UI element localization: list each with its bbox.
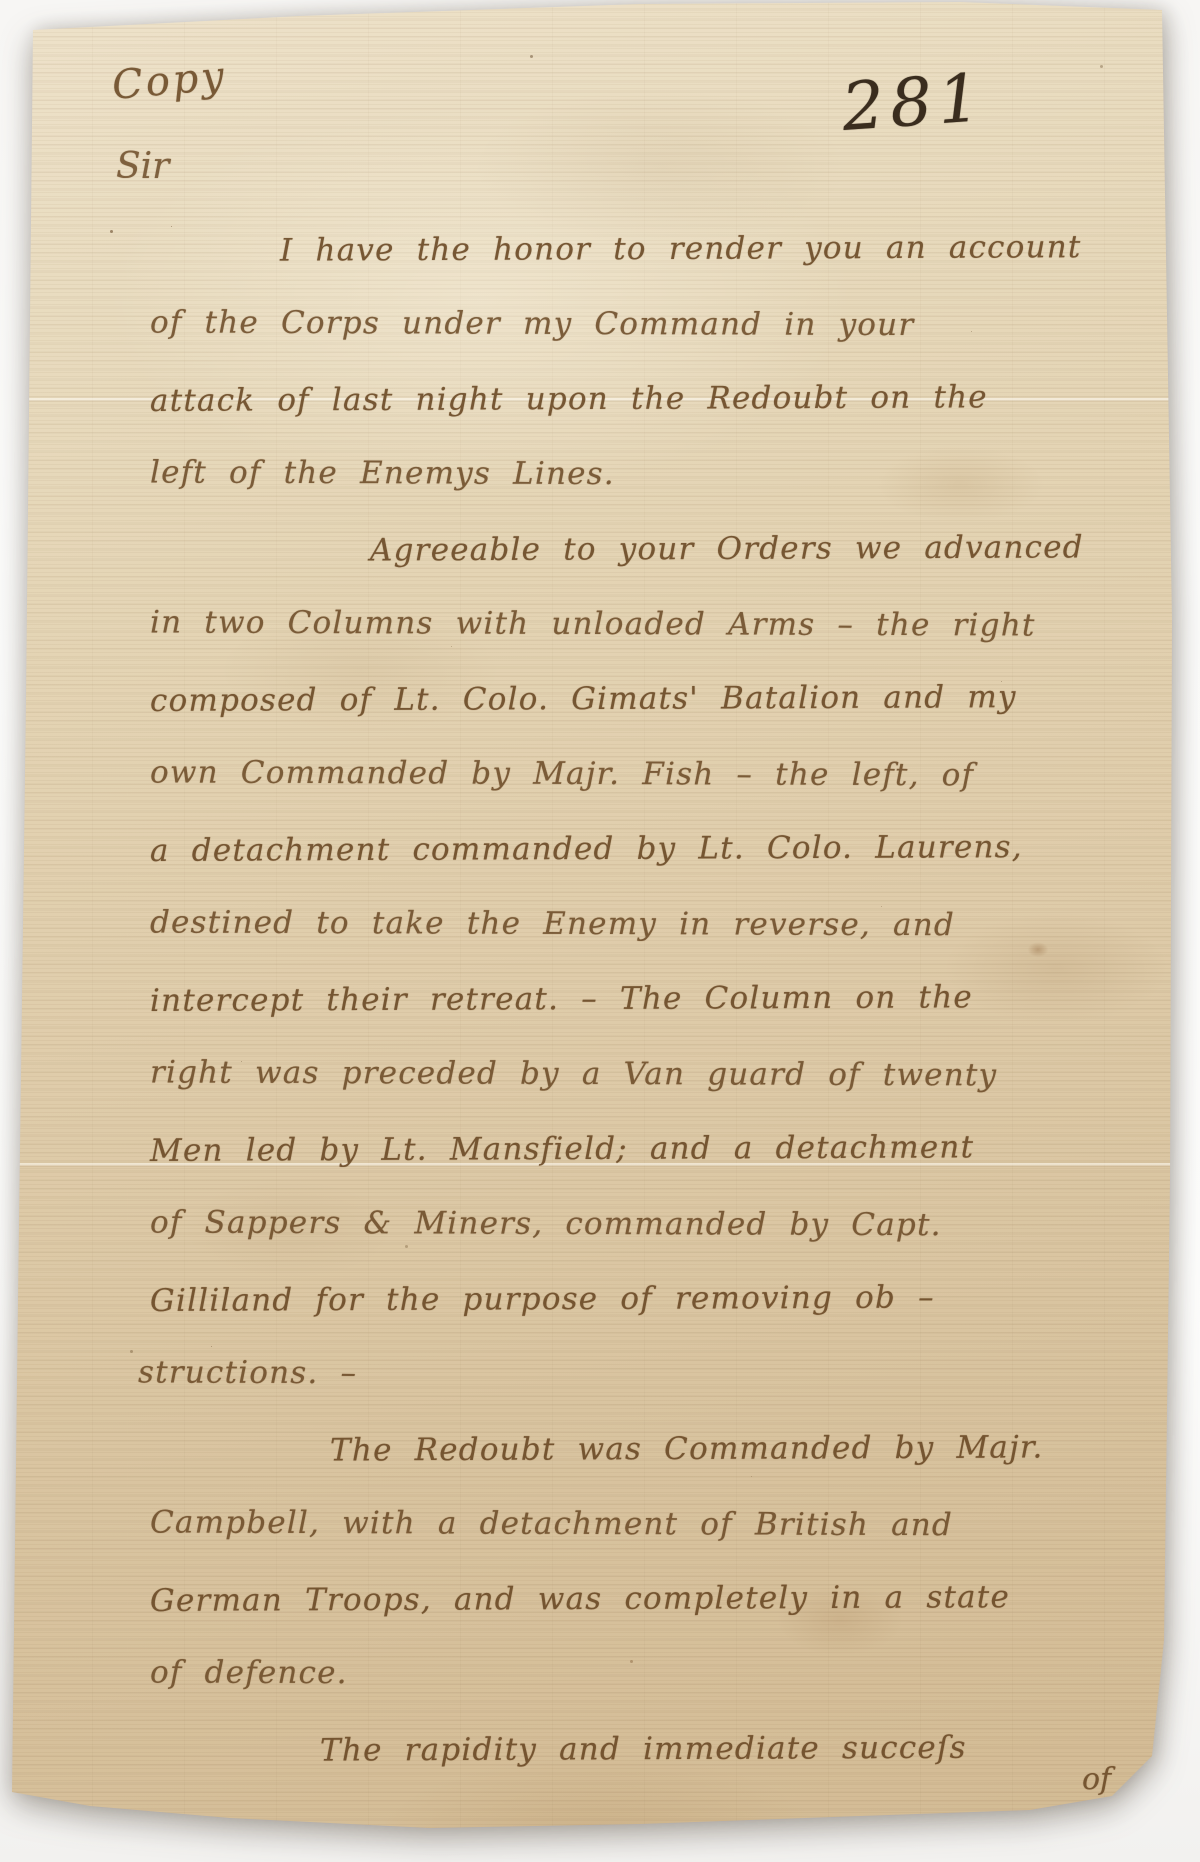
manuscript-line: Gilliland for the purpose of removing ob… — [150, 1260, 1040, 1339]
manuscript-line: destined to take the Enemy in reverse, a… — [150, 885, 1040, 963]
manuscript-line: I have the honor to render you an accoun… — [280, 210, 1040, 288]
manuscript-line: right was preceded by a Van guard of twe… — [150, 1035, 1040, 1113]
manuscript-line: Men led by Lt. Mansfield; and a detachme… — [150, 1110, 1040, 1189]
manuscript-line: own Commanded by Majr. Fish – the left, … — [150, 735, 1040, 813]
foxing-specks — [110, 230, 113, 233]
manuscript-line: in two Columns with unloaded Arms – the … — [150, 585, 1040, 663]
salutation: Sir — [116, 146, 169, 187]
manuscript-line: of Sappers & Miners, commanded by Capt. — [150, 1185, 1040, 1263]
manuscript-line: a detachment commanded by Lt. Colo. Laur… — [150, 810, 1040, 889]
manuscript-line: composed of Lt. Colo. Gimats' Batalion a… — [150, 660, 1040, 739]
manuscript-line: The Redoubt was Commanded by Majr. — [330, 1410, 1040, 1488]
manuscript-line: of defence. — [150, 1635, 1040, 1713]
manuscript-line: left of the Enemys Lines. — [150, 435, 1040, 513]
paper-shadow-wrap: Copy 281 Sir I have the honor to render … — [0, 0, 1200, 1862]
manuscript-paper: Copy 281 Sir I have the honor to render … — [0, 0, 1200, 1862]
letter-body: I have the honor to render you an accoun… — [150, 212, 1040, 1787]
manuscript-line: attack of last night upon the Redoubt on… — [150, 360, 1040, 439]
manuscript-line: of the Corps under my Command in your — [150, 285, 1040, 363]
manuscript-line: intercept their retreat. – The Column on… — [150, 960, 1040, 1039]
manuscript-line: German Troops, and was completely in a s… — [150, 1560, 1040, 1639]
catchword: of — [1082, 1762, 1111, 1797]
manuscript-line: structions. – — [138, 1335, 1040, 1413]
manuscript-line: Campbell, with a detachment of British a… — [150, 1485, 1040, 1563]
manuscript-line: Agreeable to your Orders we advanced — [370, 511, 1040, 589]
page-number: 281 — [839, 59, 988, 146]
manuscript-line: The rapidity and immediate succeſs — [320, 1710, 1040, 1788]
